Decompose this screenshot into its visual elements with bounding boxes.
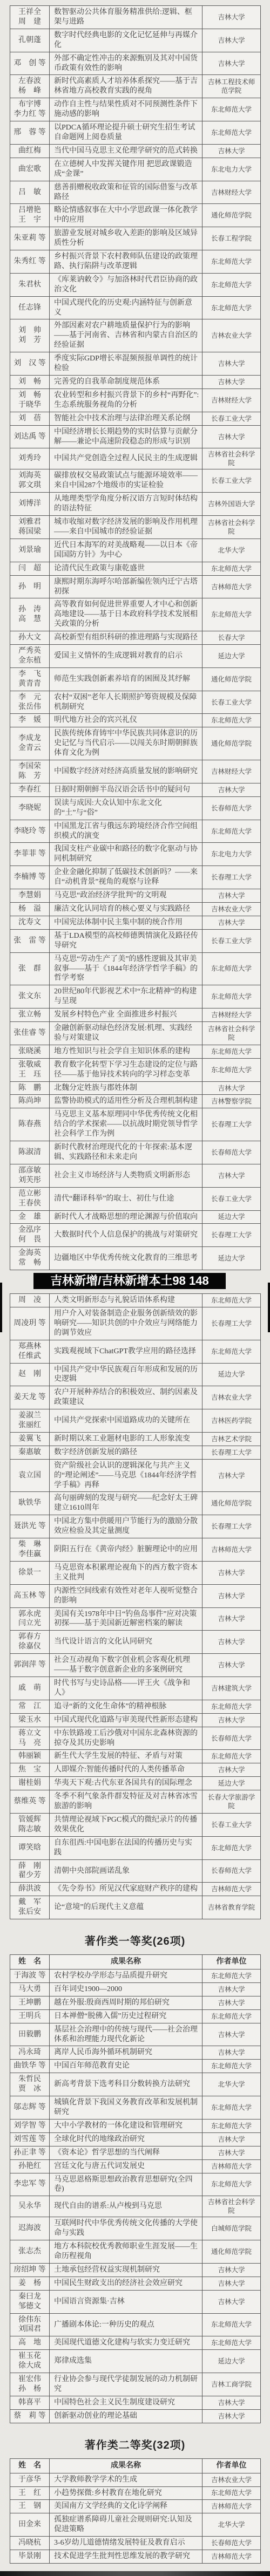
work-title-cell: 师范生实践创新素养培育的困囿及其纾解 <box>50 667 202 691</box>
award-row: 李晓玲 等中国黑龙江省与俄远东跨境经济合作空间组织模式的演变东北师范大学 <box>10 820 261 843</box>
work-title-cell: 人即媒介:智能传播时代的人类传播革命 <box>50 1763 202 1777</box>
author-cell: 吕增艳 王 宇 <box>10 204 50 227</box>
author-cell: 田金来 <box>10 2513 50 2537</box>
award-row: 孙艳红宫廷文化与唐五代词发展史吉林师范大学 <box>10 2159 261 2173</box>
org-cell: 长春大学 <box>202 631 261 645</box>
award-row: 房绍坤 等土地承包经营权益实现机制研究吉林大学 <box>10 2263 261 2277</box>
left-edge-mark <box>0 1283 2 1332</box>
work-title-cell: 新时期以来工业题材电影的工人形象流变 <box>50 1432 202 1446</box>
award-row: 张 群马克思“劳动生产了美”的感性逻辑及其审美叙事——基于《1844年经济学哲学… <box>10 952 261 985</box>
work-title-cell: 略论情感叙事在大中小学思政课一体化教学中的应用 <box>50 204 202 227</box>
award-row: 刘达禹 等中国经济增长长期趋势的实时估算与贡献分解——兼论中高速阶段稳态的形成与… <box>10 425 261 448</box>
author-cell: 薛 刚 翟少芳 <box>10 1859 50 1883</box>
author-cell: 孙 明 <box>10 575 50 598</box>
org-cell: 吉林农业大学 <box>202 319 261 352</box>
author-cell: 邬志辉 等 <box>10 2096 50 2120</box>
work-title-cell: 自东徂西:中国电影在法国的传播历史与实践 <box>50 1836 202 1859</box>
award-row: 谭笑晗自东徂西:中国电影在法国的传播历史与实践东北师范大学 <box>10 1836 261 1859</box>
work-title-cell: 中国北方集中供暖用户节能行为的激励分散效应检验及其定量测度 <box>50 1515 202 1538</box>
award-row: 郑燕林 任维武实践观视域下ChatGPT教学应用的路径选择东北师范大学 <box>10 1340 261 1363</box>
org-cell: 东北电力大学 <box>202 843 261 866</box>
work-title-cell: 孤独症谱系障碍儿童社会规则研究:认知及促进策略 <box>50 2513 202 2537</box>
award-row: 徐伟东 刘国君广播剧本体论:一种历史的观点东北师范大学 <box>10 2313 261 2336</box>
award-row: 管媛辉 隋志敏共情理论视域下PGC模式的微纪录片的传播效果优化长春工业大学 <box>10 1813 261 1836</box>
right-edge-mark <box>268 1283 270 1332</box>
watermark-banner: 吉林新增/吉林新增本土98 148 <box>33 1273 226 1289</box>
org-cell: 延边大学 <box>202 1210 261 1224</box>
award-row: 刘景瑜近代日本海军的对美战略观——以日本《帝国国防方针》为中心北华大学 <box>10 539 261 562</box>
award-row: 孙正聿 等《资本论》哲学思想的当代阐释吉林大学 <box>10 2146 261 2159</box>
org-cell: 吉林师范大学 <box>202 1883 261 1896</box>
org-cell: 东北师范大学 <box>202 1294 261 1307</box>
award-row: 蒋立文 马 亮中东铁路竣工后沙俄对中国东北森林资源的掠夺及其历史影响长春师范大学 <box>10 1727 261 1750</box>
award-row: 韩喜平中国特色社会主义民生制度建设研究吉林大学 <box>10 2396 261 2409</box>
work-title-cell: 高校新型有组织科研的推进理路与实现路径 <box>50 631 202 645</box>
author-cell: 徐景一 <box>10 1561 50 1584</box>
org-cell: 吉林大学 <box>202 889 261 903</box>
award-row: 李晓妮误读与成因:大众认知中东北文化的“土”与“俗”长春师范大学 <box>10 796 261 820</box>
author-cell: 李晓玲 等 <box>10 820 50 843</box>
work-title-cell: 康熙时期东海呼尔哈部新编佐领内迁宁古塔初探 <box>50 575 202 598</box>
org-cell: 东北师范大学 <box>202 985 261 1008</box>
work-title-cell: 季度实际GDP增长率混频预报单调性的统计检验 <box>50 352 202 376</box>
org-cell: 吉林大学 <box>202 2409 261 2423</box>
org-cell: 吉林大学 <box>202 2046 261 2060</box>
org-column-header: 作者单位 <box>202 1955 261 1970</box>
work-title-cell: 论“意境”的后现代主义意蕴 <box>50 1896 202 1919</box>
award-row: 刘雪莲 等全球化时代的地缘政治研究吉林大学 <box>10 2132 261 2146</box>
org-cell: 吉林省社会科学院 <box>202 2196 261 2217</box>
award-row: 王坤鹏越在外服:殷商西周时期的邦伯研究吉林大学 <box>10 1996 261 2009</box>
award-row: 王祥全 周 建数智驱动公共体育服务精准供给:逻辑、框架与进路吉林大学 <box>10 6 261 29</box>
award-row: 李忠军 等马克思恩格斯思想政治教育思想研究(全四卷)东北师范大学 <box>10 2173 261 2196</box>
award-row: 焦 宝人即媒介:智能传播时代的人类传播革命吉林大学 <box>10 1763 261 1777</box>
author-cell: 耿铁华 <box>10 1492 50 1515</box>
org-cell: 吉林大学 <box>202 6 261 29</box>
org-cell: 吉林师范大学 <box>202 2159 261 2173</box>
work-title-cell: 金融创新驱动绿色经济发展:机理、实践经验与对策建议 <box>50 1022 202 1045</box>
award-row: 姜 杨中国民生财政支出的经济社会效应研究吉林大学 <box>10 2277 261 2290</box>
work-title-cell: 清代“翻译科举”的取士、初仕与仕途 <box>50 1187 202 1210</box>
org-cell: 东北师范大学 <box>202 1340 261 1363</box>
org-cell: 东北师范大学 <box>202 98 261 121</box>
award-row: 吴永华现代自由的谱系:从卢梭到马克思吉林省社会科学院 <box>10 2196 261 2217</box>
award-row: 金 雄新时代人才战略思想的理论渊源与价值取向延边大学 <box>10 1210 261 1224</box>
award-row: 姜天龙 等农户开展种养结合的积极效应、制约因素及政策建议吉林农业大学 <box>10 1386 261 1409</box>
award-row: 马大勇百年词史1900—2000吉林大学 <box>10 1982 261 1996</box>
award-row: 孙 明康熙时期东海呼尔哈部新编佐领内迁宁古塔初探吉林师范大学 <box>10 575 261 598</box>
author-cell: 赵 刚 <box>10 1363 50 1386</box>
work-title-cell: 全球化时代的地缘政治研究 <box>50 2132 202 2146</box>
work-title-cell: 中东铁路竣工后沙俄对中国东北森林资源的掠夺及其历史影响 <box>50 1727 202 1750</box>
org-cell: 长春工业大学 <box>202 1187 261 1210</box>
org-cell: 吉林大学 <box>202 29 261 52</box>
org-cell: 吉林大学 <box>202 1561 261 1584</box>
award-row: 邓 创 等外部不确定性冲击的来源甄别及其对中国货币政策有效性的影响吉林大学 <box>10 52 261 75</box>
award-row: 冯晓杭3-6岁幼儿道德情绪发展特征及教育启示长春师范大学 <box>10 2537 261 2550</box>
work-title-cell: 华夷天下观:古代东亚各国共有的国际理念 <box>50 1777 202 1790</box>
org-cell: 吉林大学 <box>202 1584 261 1607</box>
award-row: 柴 琳 李佳赢阴阳五行在《黄帝内经》脏腑理论中的应用吉林师范大学 <box>10 1538 261 1562</box>
award-row: 郭春方 徐嘉仪当代设计语言的文化认同研究吉林大学 <box>10 1631 261 1654</box>
org-cell: 长春师范大学 <box>202 1141 261 1164</box>
work-title-cell: 碳排放权交易政策试点与能源环境效率——来自中国287个地级市的实证检验 <box>50 469 202 493</box>
work-title-cell: 阴阳五行在《黄帝内经》脏腑理论中的应用 <box>50 1538 202 1562</box>
author-cell: 沈寿文 <box>10 916 50 929</box>
author-cell: 刘雪莲 等 <box>10 2132 50 2146</box>
org-cell: 长春师范大学 <box>202 1727 261 1750</box>
org-cell: 吉林大学 <box>202 1982 261 1996</box>
work-title-cell: 大学教师教学学术的生成 <box>50 2473 202 2486</box>
work-title-cell: 美国南方文学经典的文化诗学阐释 <box>50 2500 202 2513</box>
author-cell: 郭永虎 闫立光 <box>10 1607 50 1631</box>
author-cell: 戚 萌 <box>10 1677 50 1700</box>
award-row: 赵 刚中国共产党中华民族观百年形成和发展的历史逻辑延边大学 <box>10 1363 261 1386</box>
author-cell: 刘 畅 于晓华 <box>10 389 50 412</box>
org-cell: 吉林大学 <box>202 783 261 796</box>
award-row: 张晓溪地方性知识与社会学自主知识体系的建构东北师范大学 <box>10 1045 261 1058</box>
award-row: 王 红小趋势探微:乡村教育在地化研究东北师范大学 <box>10 2486 261 2500</box>
org-cell: 东北师范大学 <box>202 2119 261 2132</box>
author-cell: 于彦华 <box>10 2473 50 2486</box>
org-cell: 长春理工大学 <box>202 1224 261 1247</box>
work-title-cell: 数智驱动公共体育服务精准供给:逻辑、框架与进路 <box>50 6 202 29</box>
work-title-cell: 大数据时代个人信息保护的挑战与对策研究 <box>50 1224 202 1247</box>
author-cell: 刘 汉 等 <box>10 352 50 376</box>
award-row: 袁立国资产阶级社会认识的逻辑深化与共产主义的“理论阐述”——马克思《1844年经… <box>10 1459 261 1492</box>
award-row: 姜翼飞新时期以来工业题材电影的工人形象流变吉林艺术学院 <box>10 1432 261 1446</box>
award-row: 闫 超论清代民生政策与康乾盛世东北师范大学 <box>10 562 261 575</box>
table: 王祥全 周 建数智驱动公共体育服务精准供给:逻辑、框架与进路吉林大学孔朝蓬数字时… <box>10 5 261 1270</box>
work-title-cell: 马克思资本积累理论视角下的西方数字资本主义批判 <box>50 1561 202 1584</box>
author-cell: 刘达禹 等 <box>10 425 50 448</box>
author-cell: 朱秀红 等 <box>10 250 50 274</box>
author-cell: 金 雄 <box>10 1210 50 1224</box>
work-title-cell: 外部不确定性冲击的来源甄别及其对中国货币政策有效性的影响 <box>50 52 202 75</box>
award-row: 刘 畅 于晓华农业转型和乡村振兴背景下的乡村“再野化”:生态系统服务视角的分析吉… <box>10 389 261 412</box>
org-cell: 吉林财经大学 <box>202 760 261 783</box>
work-title-cell: 中国共产党创造全过程人民民主的生成逻辑 <box>50 448 202 469</box>
author-cell: 马大勇 <box>10 1982 50 1996</box>
author-cell: 焦 宝 <box>10 1763 50 1777</box>
work-title-cell: 中国语言资源集·吉林 <box>50 2290 202 2313</box>
org-cell: 通化师范学院 <box>202 727 261 760</box>
work-title-cell: 明代地方社会的宾兴礼仪 <box>50 714 202 727</box>
org-cell: 吉林大学 <box>202 425 261 448</box>
org-cell: 吉林农业大学 <box>202 1386 261 1409</box>
work-title-cell: 地方性知识与社会学自主知识体系的建构 <box>50 1045 202 1058</box>
org-cell: 长春工业大学 <box>202 1813 261 1836</box>
work-title-cell: 发展乡村特色产业 全面推进乡村振兴 <box>50 1008 202 1022</box>
org-cell: 延边大学 <box>202 645 261 668</box>
work-title-cell: 从地理类型学角度分析汉语方言短时体结构的语法特征 <box>50 493 202 516</box>
author-cell: 冯晓杭 <box>10 2537 50 2550</box>
author-cell: 范立彬 王春侠 <box>10 1187 50 1210</box>
org-cell: 长春工业大学 <box>202 691 261 714</box>
author-cell: 李国荣 陈 芳 <box>10 760 50 783</box>
author-cell: 李成龙 金青云 <box>10 727 50 760</box>
table: 姓 名成果名称作者单位于海波 等农村学校办学形态与品质提升研究东北师范大学马大勇… <box>10 1954 261 2423</box>
work-title-cell: 用户介入对装备制造企业服务创新绩效的影响研究——知识共创的中介效应与网络能力的调… <box>50 1307 202 1340</box>
award-row: 郭润萍 等社会互动视角下数字创业机会客观化机理——基于数字创意新企业的多案例研究… <box>10 1654 261 1677</box>
org-cell: 吉林大学 <box>202 52 261 75</box>
org-cell: 吉林大学 <box>202 2023 261 2046</box>
author-cell: 吴永华 <box>10 2196 50 2217</box>
table: 姓 名成果名称作者单位于彦华大学教师教学学术的生成吉林农业大学王 红小趋势探微:… <box>10 2458 261 2564</box>
author-cell: 张敬威 王 珏 <box>10 1058 50 1081</box>
work-title-cell: 广播剧本体论:一种历史的观点 <box>50 2313 202 2336</box>
org-cell: 东北师范大学 <box>202 1058 261 1081</box>
award-row: 李慧娟马克思“政治经济学批判”的文明观吉林大学 <box>10 889 261 903</box>
org-cell: 吉林省社会科学院 <box>202 1022 261 1045</box>
author-cell: 陈淑清 <box>10 1141 50 1164</box>
author-cell: 王祥全 周 建 <box>10 6 50 29</box>
work-column-header: 成果名称 <box>50 1955 202 1970</box>
author-cell: 刘博洋 <box>10 493 50 516</box>
org-cell: 长春理工大学 <box>202 1446 261 1459</box>
author-cell: 郑燕林 任维武 <box>10 1340 50 1363</box>
award-row: 张文东20世纪80年代影视艺术中“东北精神”的构建与呈现东北师范大学 <box>10 985 261 1008</box>
org-cell: 吉林警察学院 <box>202 1095 261 1108</box>
org-cell: 东北师范大学 <box>202 1836 261 1859</box>
author-cell: 姜天龙 等 <box>10 1386 50 1409</box>
org-cell: 吉林大学 <box>202 2277 261 2290</box>
award-row: 刘海英 郭文琪碳排放权交易政策试点与能源环境效率——来自中国287个地级市的实证… <box>10 469 261 493</box>
org-cell: 东北师范大学 <box>202 1045 261 1058</box>
award-row: 蔡 莉 等创新驱动创业的理论基础吉林大学 <box>10 2409 261 2423</box>
org-cell: 吉林外国语大学 <box>202 493 261 516</box>
award-row: 迟海波互联网时代中华优秀传统文化传播的大学使命与实践白城师范学院 <box>10 2217 261 2240</box>
org-cell: 吉林大学 <box>202 2146 261 2159</box>
author-cell: 常 江 <box>10 1700 50 1713</box>
award-row: 毕景刚技术促进学生批判性思维发展的教学研究吉林师范大学 <box>10 2550 261 2564</box>
work-title-cell: 美国现代道德文化建构与软实力变迁研究 <box>50 2336 202 2350</box>
work-title-cell: 行业协会参与现代学徒制发展的动力机制研究 <box>50 2373 202 2396</box>
award-row: 刘 蓓智能社会中技术治理与法律治理关系论纲长春工业大学 <box>10 412 261 425</box>
page: 王祥全 周 建数智驱动公共体育服务精准供给:逻辑、框架与进路吉林大学孔朝蓬数字时… <box>0 0 270 2576</box>
work-title-cell: 中国共产党中华民族观百年形成和发展的历史逻辑 <box>50 1363 202 1386</box>
work-title-cell: 中国式现代化的历史观:内涵特征与创新意义 <box>50 296 202 319</box>
work-title-cell: 清朝中央部院画诺乱象 <box>50 1859 202 1883</box>
work-title-cell: 中国共产党探索中国道路成功的关键所在 <box>50 1409 202 1433</box>
org-cell: 通化师范学院 <box>202 667 261 691</box>
author-cell: 崔宏伟 孙 杨 <box>10 2373 50 2396</box>
org-cell: 东北师范大学 <box>202 2313 261 2336</box>
org-cell: 长春工业大学 <box>202 469 261 493</box>
org-cell: 吉林大学 <box>202 2263 261 2277</box>
award-row: 刘学智 等大中小学教材的一体化建设和管理研究东北师范大学 <box>10 2119 261 2132</box>
award-row: 张立畅发展乡村特色产业 全面推进乡村振兴吉林财经大学 <box>10 1008 261 1022</box>
author-cell: 谢桂娟 <box>10 1777 50 1790</box>
work-title-cell: 《资本论》哲学思想的当代阐释 <box>50 2146 202 2159</box>
author-cell: 郭春方 徐嘉仪 <box>10 1631 50 1654</box>
award-row: 周 凌人类文明新形态与礼貌话语体系构建东北师范大学 <box>10 1294 261 1307</box>
work-title-cell: 完善党的自我革命制度规范体系 <box>50 376 202 389</box>
award-row: 孙 涛 高 慧高等教育如何促进世界重要人才中心和创新高地建设——基于日本政府科学… <box>10 598 261 631</box>
award-row: 韩丽颖新生代大学生发展的特征、矛盾与对策东北师范大学 <box>10 1750 261 1763</box>
author-cell: 迟海波 <box>10 2217 50 2240</box>
org-cell: 通化师范学院 <box>202 1492 261 1515</box>
work-title-cell: 中国黑龙江省与俄远东跨境经济合作空间组织模式的演变 <box>50 820 202 843</box>
award-row: 曲宏歌在立德树人中发挥关键作用 把思政课锻造成“金课”东北电力大学 <box>10 158 261 181</box>
work-title-cell: 马克思“劳动生产了美”的感性逻辑及其审美叙事——基于《1844年经济学哲学手稿》… <box>50 952 202 985</box>
author-cell: 杨 溢 <box>10 902 50 916</box>
author-cell: 李春红 <box>10 783 50 796</box>
award-row: 沈寿文中国宪法体制中民主集中制的统合作用吉林大学 <box>10 916 261 929</box>
author-cell: 毕景刚 <box>10 2550 50 2564</box>
author-cell: 张立畅 <box>10 1008 50 1022</box>
author-cell: 房绍坤 等 <box>10 2263 50 2277</box>
award-row: 左春波 杨 峰新时代高素质人才培养体系探究——基于吉林省地方高校教育实践的视角吉… <box>10 75 261 98</box>
author-cell: 张文东 <box>10 985 50 1008</box>
work-title-cell: 共情理论视域下PGC模式的微纪录片的传播效果优化 <box>50 1813 202 1836</box>
author-cell: 曲宏歌 <box>10 158 50 181</box>
work-title-cell: 新时代高素质人才培养体系探究——基于吉林省地方高校教育实践的视角 <box>50 75 202 98</box>
org-cell: 东北师范大学 <box>202 1700 261 1713</box>
work-title-cell: 日本禅僧“脱佛入儒”历史过程研究 <box>50 2009 202 2023</box>
org-cell: 东北师范大学 <box>202 273 261 296</box>
award-row: 梁玉水中国式现代化道路与审美现代性新形态建构吉林大学 <box>10 1713 261 1727</box>
work-title-cell: 边疆地区中华优秀传统文化教育的三维思考 <box>50 1247 202 1270</box>
award-row: 崔玉花 徐大成郑律成选集延边大学 <box>10 2350 261 2373</box>
org-cell: 吉林省社会科学院 <box>202 448 261 469</box>
author-cell: 周凌玥 等 <box>10 1307 50 1340</box>
org-cell: 吉林农业大学 <box>202 2473 261 2486</box>
org-cell: 吉林大学 <box>202 1459 261 1492</box>
author-cell: 布宇博 李力红 等 <box>10 98 50 121</box>
author-cell: 梁玉水 <box>10 1713 50 1727</box>
work-title-cell: 社会主义市场经济与人类物质文明新形态 <box>50 1164 202 1187</box>
author-cell: 陈春燕 <box>10 1108 50 1141</box>
award-row: 刘 帅 刘 芳外部因素对农户耕地质量保护行为的影响——基于河南省、吉林省和内蒙古… <box>10 319 261 352</box>
work-title-cell: 离岸人民币海外循环机制研究 <box>50 2046 202 2060</box>
work-title-cell: 冬季不利气象条件群发特征及对吉林省冰雪旅游的影响 <box>50 1790 202 1814</box>
award-row: 金海英 常 畅边疆地区中华优秀传统文化教育的三维思考延边大学 <box>10 1247 261 1270</box>
author-cell: 崔玉花 徐大成 <box>10 2350 50 2373</box>
work-title-cell: 内源性空间线索有效性对老年人视听觉整合的影响 <box>50 1584 202 1607</box>
award-row: 王 钢美国南方文学经典的文化诗学阐释吉林师范大学 <box>10 2500 261 2513</box>
author-cell: 蔡 莉 等 <box>10 2409 50 2423</box>
work-title-cell: 中国式现代化道路与审美现代性新形态建构 <box>50 1713 202 1727</box>
work-title-cell: 新时代人才战略思想的理论渊源与价值取向 <box>50 1210 202 1224</box>
work-title-cell: 论清代民生政策与康乾盛世 <box>50 562 202 575</box>
award-row: 谢桂娟华夷天下观:古代东亚各国共有的国际理念延边大学 <box>10 1777 261 1790</box>
org-cell: 通化师范学院 <box>202 204 261 227</box>
org-cell: 东北师范大学 <box>202 296 261 319</box>
work-title-cell: 郑律成选集 <box>50 2350 202 2373</box>
author-cell: 金泓序 何 畏 <box>10 1224 50 1247</box>
org-cell: 吉林大学 <box>202 352 261 376</box>
author-cell: 管媛辉 隋志敏 <box>10 1813 50 1836</box>
org-cell: 吉林大学 <box>202 2396 261 2409</box>
award-row: 朱秀红 等乡村振兴背景下农村教师队伍建设的政策理路、执行陷阱与改革逻辑东北师范大… <box>10 250 261 274</box>
org-cell: 吉林大学 <box>202 1607 261 1631</box>
org-cell: 东北师范大学 <box>202 2486 261 2500</box>
org-cell: 延边大学 <box>202 2350 261 2373</box>
org-cell: 东北师范大学 <box>202 952 261 985</box>
work-title-cell: 城市收缩对数字经济发展的影响及作用机理——来自中国城市的经验证据 <box>50 516 202 539</box>
author-cell: 蔡维英 等 <box>10 1790 50 1814</box>
work-title-cell: 越在外服:殷商西周时期的邦伯研究 <box>50 1996 202 2009</box>
award-row: 张 雷 等基于LDA模型的高校师德舆情演化及路径传导研究长春工业大学 <box>10 929 261 952</box>
award-row: 张志杰地方本科院校优秀教师职业生涯发展——生命历程视角通化师范学院 <box>10 2240 261 2264</box>
award-row: 耿铁华高句丽碑刻的发现与研究——纪念好太王碑建立1610周年通化师范学院 <box>10 1492 261 1515</box>
work-title-cell: 百年词史1900—2000 <box>50 1982 202 1996</box>
work-title-cell: 我国支柱产业碳中和路径的数字化驱动与协同机制研究 <box>50 843 202 866</box>
work-column-header: 成果名称 <box>50 2458 202 2473</box>
author-cell: 任志锋 <box>10 296 50 319</box>
author-cell: 邓 创 等 <box>10 52 50 75</box>
author-cell: 朱亚莉 等 <box>10 227 50 250</box>
author-cell: 李忠军 等 <box>10 2173 50 2196</box>
org-cell: 吉林工商学院 <box>202 2373 261 2396</box>
author-cell: 李 飞 黄青青 <box>10 667 50 691</box>
award-row: 孔朝蓬数字时代经典电影的文化记忆延伸与再媒介化吉林大学 <box>10 29 261 52</box>
award-row: 崔宏伟 孙 杨行业协会参与现代学徒制发展的动力机制研究吉林工商学院 <box>10 2373 261 2396</box>
award-row: 李春红日据时期朝鲜半岛汉语会话书中的疑问句吉林大学 <box>10 783 261 796</box>
author-cell: 刘海英 郭文琪 <box>10 469 50 493</box>
org-cell: 吉林师范大学 <box>202 2550 261 2564</box>
org-cell: 东北师范大学 <box>202 820 261 843</box>
award-row: 范立彬 王春侠清代“翻译科举”的取士、初仕与仕途长春工业大学 <box>10 1187 261 1210</box>
award-row: 曲铁华 等中国百年师范教育史论东北师范大学 <box>10 2060 261 2073</box>
award-row: 吕增艳 王 宇略论情感叙事在大中小学思政课一体化教学中的应用通化师范学院 <box>10 204 261 227</box>
award-row: 陈尚坤监警协助模式的适用性分析及合理机制构建吉林警察学院 <box>10 1095 261 1108</box>
org-cell: 吉林师范大学 <box>202 1538 261 1562</box>
author-cell: 金海英 常 畅 <box>10 1247 50 1270</box>
award-row: 周凌玥 等用户介入对装备制造企业服务创新绩效的影响研究——知识共创的中介效应与网… <box>10 1307 261 1340</box>
award-row: 张佳睿 等金融创新驱动绿色经济发展:机理、实践经验与对策建议吉林省社会科学院 <box>10 1022 261 1045</box>
work-title-cell: 数字时代经典电影的文化记忆延伸与再媒介化 <box>50 29 202 52</box>
award-row: 李 元 张岳伟农村“双困”老年人长期照护筹资规模及保障机制研究长春工业大学 <box>10 691 261 714</box>
award-row: 朱君杕《库莱讷敕令》与加洛林时代君臣协商的政治文化东北师范大学 <box>10 273 261 296</box>
work-title-cell: 马克思主义基本原理同中华优秀传统文化相结合的学术探索——以抗战时期党领导哲学社会… <box>50 1108 202 1141</box>
work-title-cell: 农村学校办学形态与品质提升研究 <box>50 1970 202 1983</box>
award-row: 薛 刚 翟少芳清朝中央部院画诺乱象长春师范大学 <box>10 1859 261 1883</box>
org-cell: 东北师范大学 <box>202 1750 261 1763</box>
author-cell: 李楠博 等 <box>10 866 50 889</box>
org-cell: 吉林大学 <box>202 1164 261 1187</box>
work-title-cell: 社会互动视角下数字创业机会客观化机理——基于数字创意新企业的多案例研究 <box>50 1654 202 1677</box>
author-cell: 闫 超 <box>10 562 50 575</box>
org-cell: 吉林建筑大学 <box>202 1677 261 1700</box>
org-cell: 东北师范大学 <box>202 250 261 274</box>
award-row: 李 媛明代地方社会的宾兴礼仪东北师范大学 <box>10 714 261 727</box>
work-title-cell: 现代自由的谱系:从卢梭到马克思 <box>50 2196 202 2217</box>
org-cell: 延边大学 <box>202 1247 261 1270</box>
work-title-cell: 外部因素对农户耕地质量保护行为的影响——基于河南省、吉林省和内蒙古自治区的经验证… <box>50 319 202 352</box>
org-cell: 长春工业大学 <box>202 412 261 425</box>
org-cell: 吉林省教育学院 <box>202 1896 261 1919</box>
org-cell: 吉林大学 <box>202 1631 261 1654</box>
author-cell: 李 元 张岳伟 <box>10 691 50 714</box>
author-cell: 刘雅君 蒋国梁 <box>10 516 50 539</box>
award-row: 戴 军 张后安论“意境”的后现代主义意蕴吉林省教育学院 <box>10 1896 261 1919</box>
author-cell: 李慧娟 <box>10 889 50 903</box>
author-cell: 姜翼飞 <box>10 1432 50 1446</box>
award-row: 邢 蓉 等以PDCA循环理论提升硕士研究生招生考试自命题网上阅卷质量东北师范大学 <box>10 121 261 145</box>
work-title-cell: 中国百年师范教育史论 <box>50 2060 202 2073</box>
org-cell: 吉林大学 <box>202 1081 261 1095</box>
author-cell: 刘 畅 <box>10 376 50 389</box>
work-title-cell: 爱国主义情怀的生成逻辑对教育的启示 <box>50 645 202 668</box>
award-row: 朱亚莉 等旅游业发展对城乡收入差距的影响及区域异质性分析长春工程学院 <box>10 227 261 250</box>
award-row: 邬志辉 等城镇化背景下我国义务教育改革和发展机制研究东北师范大学 <box>10 2096 261 2120</box>
award-row: 布宇博 李力红 等动作自主性与结果性质对不同预测性条件下施动感的影响东北师范大学 <box>10 98 261 121</box>
header-row: 姓 名成果名称作者单位 <box>10 1955 261 1970</box>
section-heading-books-second-prize: 著作类二等奖(32项) <box>10 2436 260 2452</box>
author-cell: 柴 琳 李佳赢 <box>10 1538 50 1562</box>
